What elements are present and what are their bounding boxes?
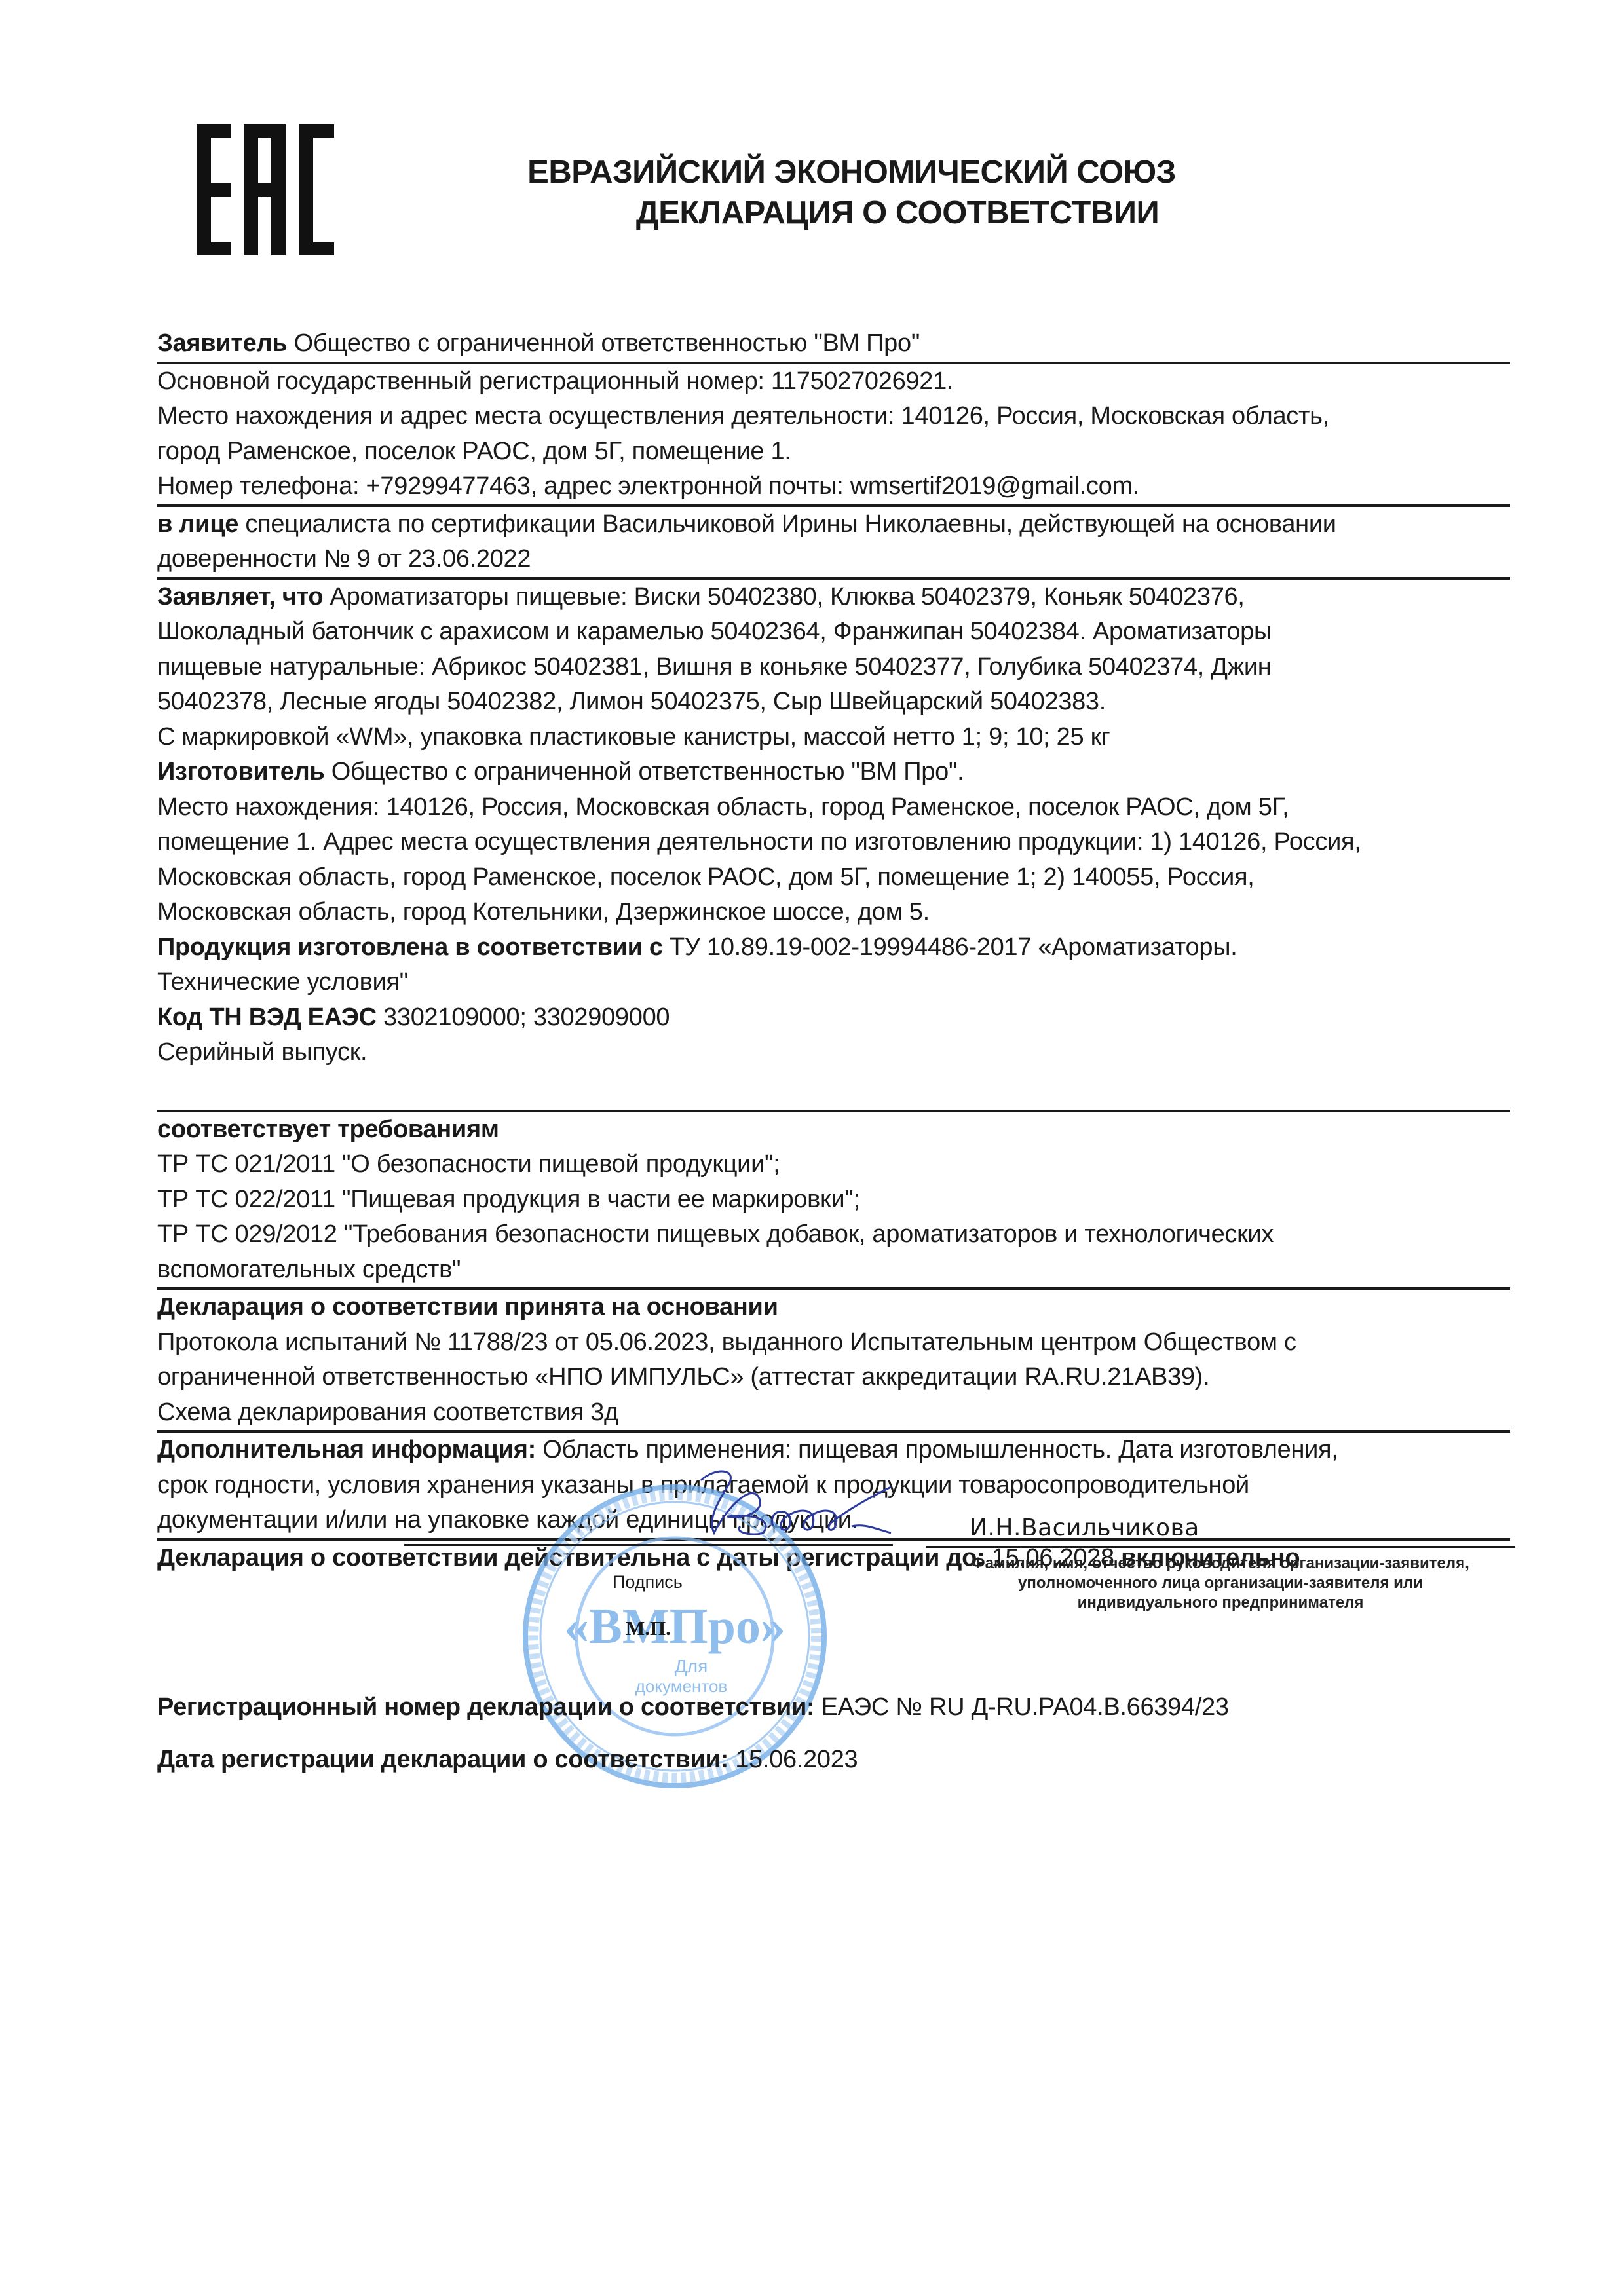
production-standard: ТУ 10.89.19-002-19994486-2017 «Ароматиза… (663, 933, 1237, 961)
registration-number-label: Регистрационный номер декларации о соотв… (157, 1693, 814, 1721)
product-line-4: 50402378, Лесные ягоды 50402382, Лимон 5… (157, 685, 1510, 720)
applicant-name-section: Заявитель Общество с ограниченной ответс… (157, 326, 1510, 364)
applicant-contacts: Номер телефона: +79299477463, адрес элек… (157, 469, 1510, 504)
signature-label: Подпись (613, 1572, 683, 1592)
signer-caption: Фамилия, имя, отчество руководителя орга… (926, 1554, 1515, 1613)
manufacturer-name: Общество с ограниченной ответственностью… (324, 758, 964, 785)
document-body: Заявитель Общество с ограниченной ответс… (157, 326, 1510, 1575)
union-title: ЕВРАЗИЙСКИЙ ЭКОНОМИЧЕСКИЙ СОЮЗ (393, 152, 1310, 193)
svg-text:Для: Для (675, 1656, 708, 1676)
declares-section: Заявляет, что Ароматизаторы пищевые: Вис… (157, 580, 1510, 755)
stamp-place-label: М.П. (626, 1617, 671, 1640)
requirement-item: ТР ТС 022/2011 "Пищевая продукция в част… (157, 1182, 1510, 1218)
release-type: Серийный выпуск. (157, 1035, 1510, 1070)
applicant-address-line-1: Место нахождения и адрес места осуществл… (157, 399, 1510, 434)
product-packaging: С маркировкой «WM», упаковка пластиковые… (157, 720, 1510, 755)
eac-mark-icon (197, 124, 334, 255)
registration-date-label: Дата регистрации декларации о соответств… (157, 1746, 728, 1773)
additional-label: Дополнительная информация: (157, 1436, 536, 1463)
applicant-address-line-2: город Раменское, поселок РАОС, дом 5Г, п… (157, 434, 1510, 470)
signature-line (404, 1544, 893, 1546)
handwritten-signature (655, 1467, 943, 1539)
manufacturer-address-line-3: Московская область, город Раменское, пос… (157, 860, 1510, 895)
signer-caption-line-3: индивидуального предпринимателя (926, 1593, 1515, 1613)
declaration-title: ДЕКЛАРАЦИЯ О СООТВЕТСТВИИ (485, 193, 1310, 233)
registration-date-value: 15.06.2023 (728, 1746, 858, 1773)
declares-label: Заявляет, что (157, 583, 323, 611)
requirement-item: вспомогательных средств" (157, 1252, 1510, 1288)
signer-name: И.Н.Васильчикова (970, 1515, 1199, 1541)
document-header: ЕВРАЗИЙСКИЙ ЭКОНОМИЧЕСКИЙ СОЮЗ ДЕКЛАРАЦИ… (459, 152, 1310, 233)
applicant-ogrn: Основной государственный регистрационный… (157, 364, 1510, 400)
representative-section: в лице специалиста по сертификации Васил… (157, 507, 1510, 580)
tn-ved-codes: 3302109000; 3302909000 (377, 1004, 670, 1031)
product-line-2: Шоколадный батончик с арахисом и карамел… (157, 614, 1510, 650)
production-label: Продукция изготовлена в соответствии с (157, 933, 663, 961)
product-line-1: Ароматизаторы пищевые: Виски 50402380, К… (323, 583, 1244, 611)
registration-date: Дата регистрации декларации о соответств… (157, 1746, 858, 1774)
applicant-label: Заявитель (157, 329, 287, 357)
signer-caption-line-1: Фамилия, имя, отчество руководителя орга… (926, 1554, 1515, 1573)
manufacturer-address-line-4: Московская область, город Котельники, Дз… (157, 895, 1510, 930)
basis-section: Декларация о соответствии принята на осн… (157, 1290, 1510, 1433)
manufacturer-address-line-2: помещение 1. Адрес места осуществления д… (157, 825, 1510, 860)
basis-scheme: Схема декларирования соответствия 3д (157, 1395, 1510, 1431)
applicant-name: Общество с ограниченной ответственностью… (287, 329, 920, 357)
registration-number: Регистрационный номер декларации о соотв… (157, 1693, 1229, 1722)
requirement-item: ТР ТС 021/2011 "О безопасности пищевой п… (157, 1147, 1510, 1182)
manufacturer-label: Изготовитель (157, 758, 324, 785)
additional-line-1: Область применения: пищевая промышленнос… (536, 1436, 1338, 1463)
basis-label: Декларация о соответствии принята на осн… (157, 1290, 1510, 1325)
requirement-item: ТР ТС 029/2012 "Требования безопасности … (157, 1217, 1510, 1252)
applicant-details-section: Основной государственный регистрационный… (157, 364, 1510, 507)
signature-icon (655, 1467, 943, 1539)
basis-protocol-line-2: ограниченной ответственностью «НПО ИМПУЛ… (157, 1360, 1510, 1395)
registration-number-value: ЕАЭС № RU Д-RU.РА04.В.66394/23 (814, 1693, 1228, 1721)
signer-caption-line-2: уполномоченного лица организации-заявите… (926, 1573, 1515, 1593)
svg-text:«ВМПро»: «ВМПро» (564, 1599, 785, 1654)
product-line-3: пищевые натуральные: Абрикос 50402381, В… (157, 650, 1510, 685)
manufacturer-section: Изготовитель Общество с ограниченной отв… (157, 755, 1510, 930)
requirements-label: соответствует требованиям (157, 1112, 1510, 1148)
representative-label: в лице (157, 510, 238, 538)
signer-name-line (926, 1546, 1515, 1548)
tn-ved-label: Код ТН ВЭД ЕАЭС (157, 1004, 377, 1031)
requirements-section: соответствует требованиям ТР ТС 021/2011… (157, 1112, 1510, 1290)
basis-protocol-line-1: Протокола испытаний № 11788/23 от 05.06.… (157, 1325, 1510, 1361)
representative-line-1: специалиста по сертификации Васильчиково… (238, 510, 1336, 538)
manufacturer-address-line-1: Место нахождения: 140126, Россия, Москов… (157, 790, 1510, 825)
production-section: Продукция изготовлена в соответствии с Т… (157, 930, 1510, 1112)
representative-line-2: доверенности № 9 от 23.06.2022 (157, 542, 1510, 577)
eac-logo (197, 124, 334, 255)
production-standard-cont: Технические условия" (157, 965, 1510, 1000)
